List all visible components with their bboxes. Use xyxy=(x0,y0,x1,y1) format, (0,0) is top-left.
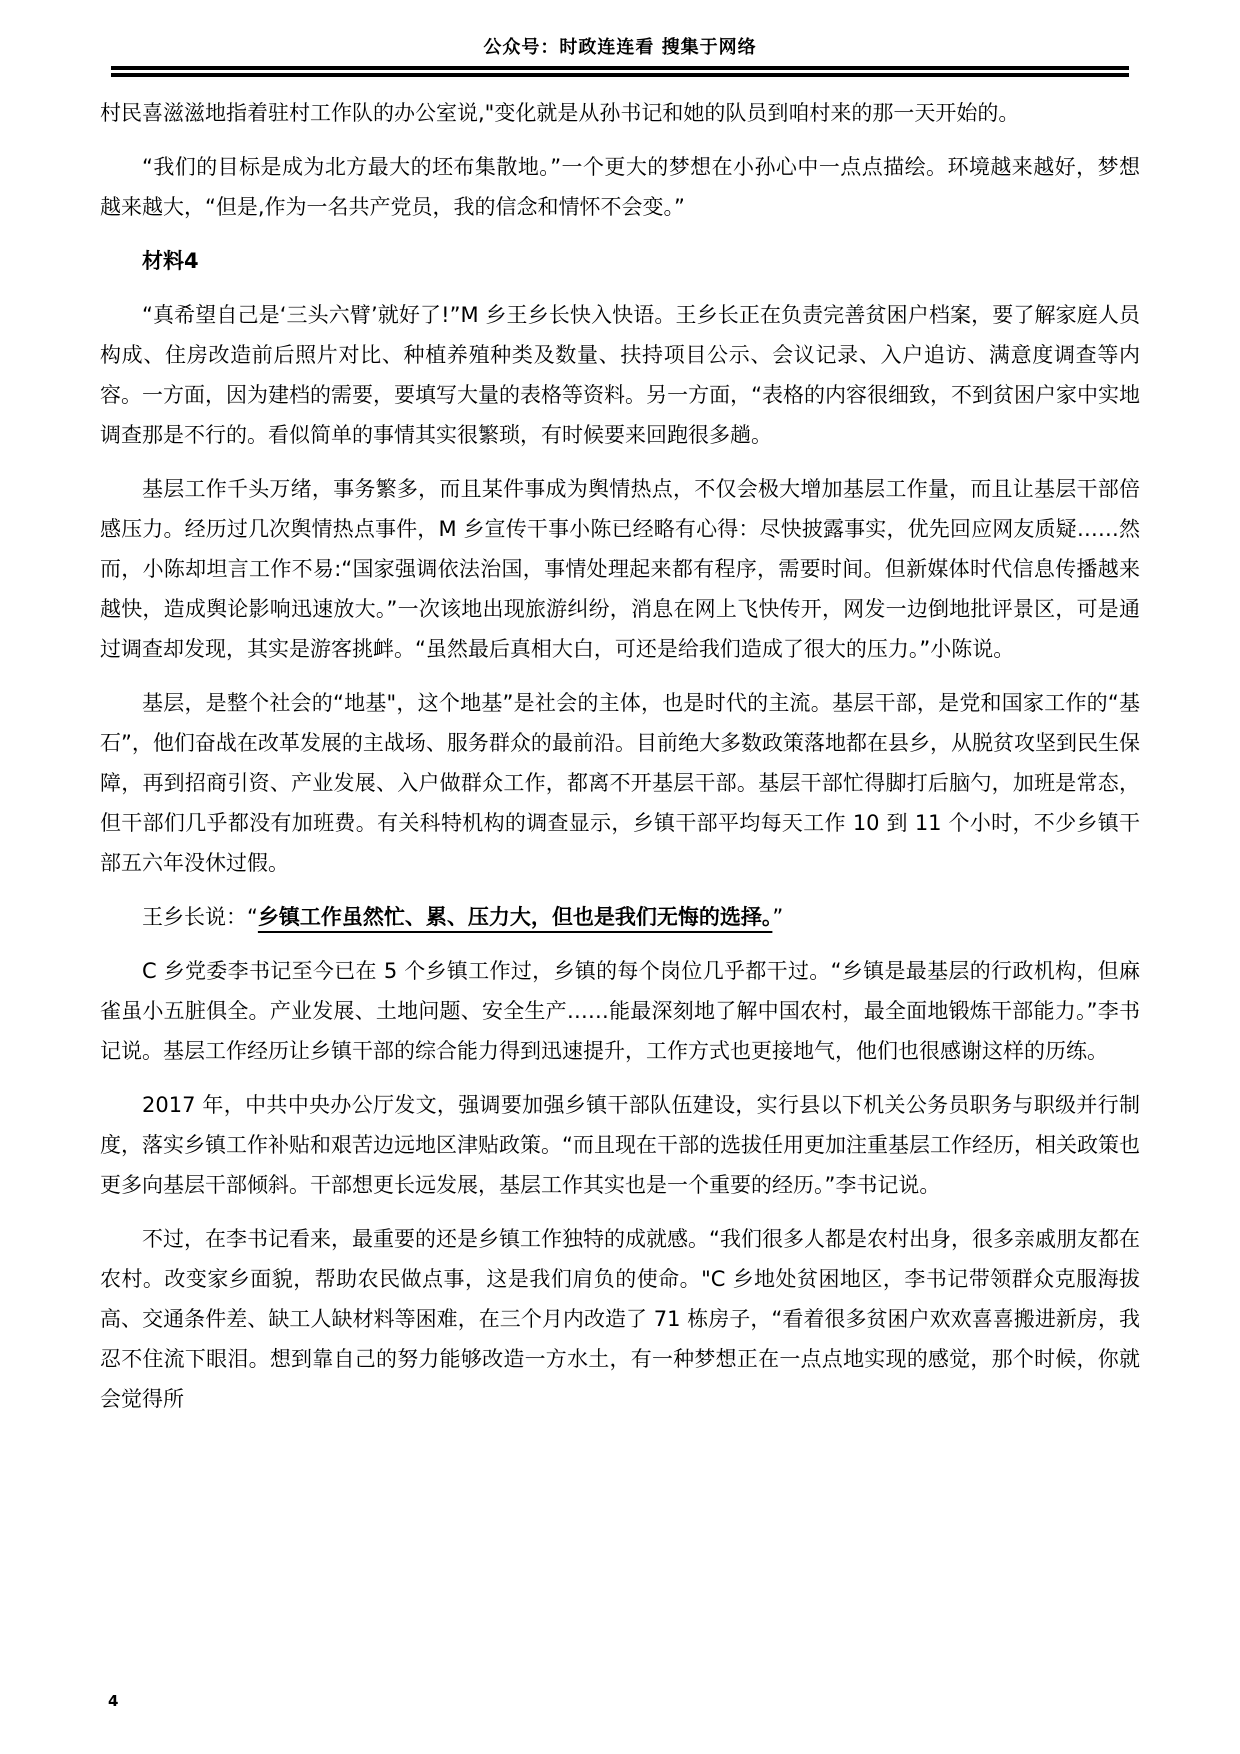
text-segment: “真希望自己是‘三头六臂’就好了!”M 乡王乡长快入快语。王乡长正在负责完善贫困… xyxy=(100,303,1140,447)
material-heading: 材料4 xyxy=(100,241,1140,281)
paragraph: 王乡长说：“乡镇工作虽然忙、累、压力大，但也是我们无悔的选择。” xyxy=(100,897,1140,937)
text-segment: 不过，在李书记看来，最重要的还是乡镇工作独特的成就感。“我们很多人都是农村出身，… xyxy=(100,1227,1140,1411)
rule-line-bottom xyxy=(111,73,1129,77)
underlined-quote-text: 乡镇工作虽然忙、累、压力大，但也是我们无悔的选择。 xyxy=(258,905,773,929)
paragraph: “真希望自己是‘三头六臂’就好了!”M 乡王乡长快入快语。王乡长正在负责完善贫困… xyxy=(100,295,1140,455)
text-segment: 村民喜滋滋地指着驻村工作队的办公室说,"变化就是从孙书记和她的队员到咱村来的那一… xyxy=(100,101,1019,125)
text-segment: ” xyxy=(772,905,783,929)
paragraph: 不过，在李书记看来，最重要的还是乡镇工作独特的成就感。“我们很多人都是农村出身，… xyxy=(100,1219,1140,1419)
text-segment: C 乡党委李书记至今已在 5 个乡镇工作过，乡镇的每个岗位几乎都干过。“乡镇是最… xyxy=(100,959,1140,1063)
page-header-title: 公众号：时政连连看 搜集于网络 xyxy=(0,0,1240,59)
text-segment: 基层工作千头万绪，事务繁多，而且某件事成为舆情热点，不仅会极大增加基层工作量，而… xyxy=(100,477,1140,661)
paragraph: C 乡党委李书记至今已在 5 个乡镇工作过，乡镇的每个岗位几乎都干过。“乡镇是最… xyxy=(100,951,1140,1071)
text-segment: 材料4 xyxy=(142,249,199,273)
text-segment: 基层，是整个社会的“地基"，这个地基”是社会的主体，也是时代的主流。基层干部，是… xyxy=(100,691,1140,875)
document-body: 村民喜滋滋地指着驻村工作队的办公室说,"变化就是从孙书记和她的队员到咱村来的那一… xyxy=(100,93,1140,1419)
paragraph: 2017 年，中共中央办公厅发文，强调要加强乡镇干部队伍建设，实行县以下机关公务… xyxy=(100,1085,1140,1205)
page-number: 4 xyxy=(108,1692,118,1710)
text-segment: “我们的目标是成为北方最大的坯布集散地。”一个更大的梦想在小孙心中一点点描绘。环… xyxy=(100,155,1140,219)
header-double-rule xyxy=(111,66,1129,77)
text-segment: 王乡长说：“ xyxy=(142,905,258,929)
text-segment: 2017 年，中共中央办公厅发文，强调要加强乡镇干部队伍建设，实行县以下机关公务… xyxy=(100,1093,1140,1197)
document-page: 公众号：时政连连看 搜集于网络 村民喜滋滋地指着驻村工作队的办公室说,"变化就是… xyxy=(0,0,1240,1754)
paragraph: “我们的目标是成为北方最大的坯布集散地。”一个更大的梦想在小孙心中一点点描绘。环… xyxy=(100,147,1140,227)
paragraph: 基层工作千头万绪，事务繁多，而且某件事成为舆情热点，不仅会极大增加基层工作量，而… xyxy=(100,469,1140,669)
paragraph: 村民喜滋滋地指着驻村工作队的办公室说,"变化就是从孙书记和她的队员到咱村来的那一… xyxy=(100,93,1140,133)
paragraph: 基层，是整个社会的“地基"，这个地基”是社会的主体，也是时代的主流。基层干部，是… xyxy=(100,683,1140,883)
